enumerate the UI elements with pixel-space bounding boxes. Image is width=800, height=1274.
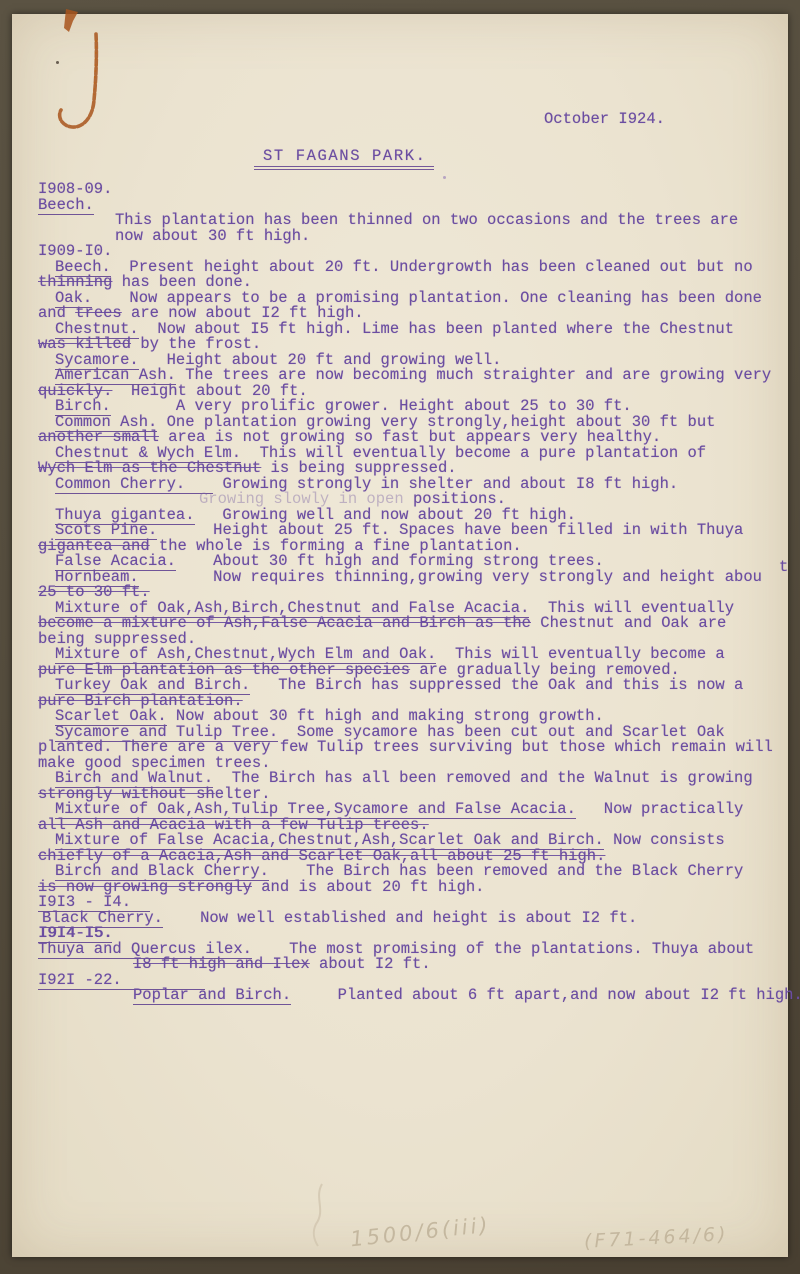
document-line: Black Cherry. Now well established and h… <box>42 911 637 927</box>
ink-speck <box>56 61 59 64</box>
body-text: The Birch has suppressed the Oak and thi… <box>250 676 743 694</box>
body-text: Now well established and height is about… <box>163 909 637 927</box>
document-line: Poplar and Birch. Planted about 6 ft apa… <box>133 988 800 1004</box>
body-text: Now practically <box>576 800 743 818</box>
heading-text: I92I -22. <box>38 971 122 990</box>
page-title: ST FAGANS PARK. <box>254 147 434 170</box>
body-text: Now requires thinning,growing very stron… <box>139 568 762 586</box>
body-text: now about 30 ft high. <box>115 227 310 245</box>
body-text: Planted about 6 ft apart,and now about I… <box>291 986 800 1004</box>
ink-speck <box>443 176 446 179</box>
document-line: now about 30 ft high. <box>115 229 310 245</box>
date-label: October I924. <box>544 110 665 128</box>
heading-text: Beech. <box>38 196 94 215</box>
document-line: Hornbeam. Now requires thinning,growing … <box>55 570 762 586</box>
overflow-character: t <box>779 560 788 576</box>
body-text: about I2 ft. <box>310 955 431 973</box>
heading-text: Poplar and Birch. <box>133 986 291 1005</box>
scanned-page: October I924. ST FAGANS PARK. I908-09.Be… <box>0 0 800 1274</box>
body-text: Chestnut and Oak are <box>531 614 726 632</box>
body-text: The Birch has all been removed and the W… <box>213 769 753 787</box>
body-text: and is about 20 ft high. <box>252 878 485 896</box>
heading-text: Common Cherry. <box>55 475 213 494</box>
document-line: Beech. <box>38 198 94 214</box>
body-text: Now consists <box>604 831 725 849</box>
